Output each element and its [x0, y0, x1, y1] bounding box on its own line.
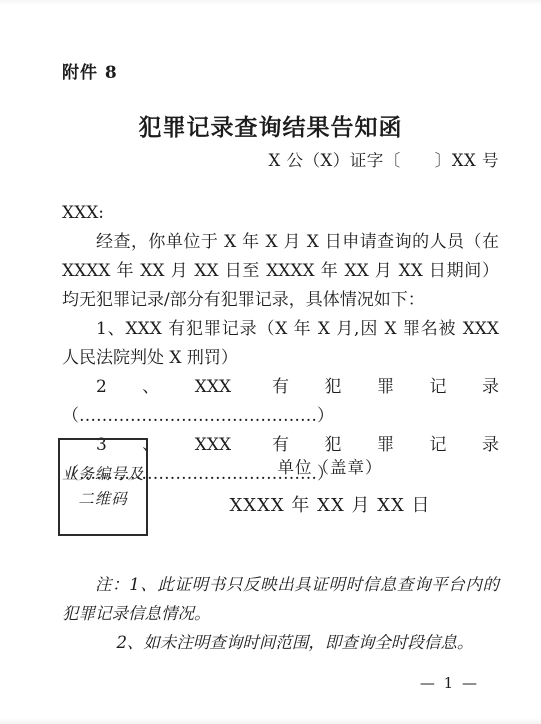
- salutation: XXX:: [62, 199, 499, 228]
- qr-box-label-line2: 二维码: [78, 487, 128, 512]
- note-2: 2、如未注明查询时间范围，即查询全时段信息。: [62, 628, 499, 657]
- document-title: 犯罪记录查询结果告知函: [0, 109, 541, 142]
- document-page: 附件 8 犯罪记录查询结果告知函 X 公（X）证字〔 〕XX 号 XXX: 经查…: [0, 0, 541, 724]
- page-number: — 1 —: [420, 674, 479, 692]
- unit-seal-label: 单位（盖章）: [180, 454, 480, 478]
- qr-code-placeholder-box: 业务编号及 二维码: [58, 438, 148, 536]
- notes-section: 注：1、此证明书只反映出具证明时信息查询平台内的犯罪记录信息情况。 2、如未注明…: [62, 570, 499, 657]
- record-item-2: 2、XXX 有犯罪记录（……………………………………）: [62, 373, 499, 431]
- signature-date: XXXX 年 XX 月 XX 日: [180, 491, 480, 517]
- body-paragraph: 经查，你单位于 X 年 X 月 X 日申请查询的人员（在 XXXX 年 XX 月…: [62, 228, 499, 315]
- reference-number: X 公（X）证字〔 〕XX 号: [269, 147, 499, 171]
- record-item-1: 1、XXX 有犯罪记录（X 年 X 月,因 X 罪名被 XXX 人民法院判处 X…: [62, 315, 499, 373]
- signature-block: 单位（盖章） XXXX 年 XX 月 XX 日: [180, 454, 480, 517]
- attachment-label: 附件 8: [62, 58, 118, 83]
- qr-box-label-line1: 业务编号及: [62, 462, 145, 487]
- note-1: 注：1、此证明书只反映出具证明时信息查询平台内的犯罪记录信息情况。: [62, 570, 499, 628]
- signature-row: 业务编号及 二维码 单位（盖章） XXXX 年 XX 月 XX 日: [0, 438, 541, 538]
